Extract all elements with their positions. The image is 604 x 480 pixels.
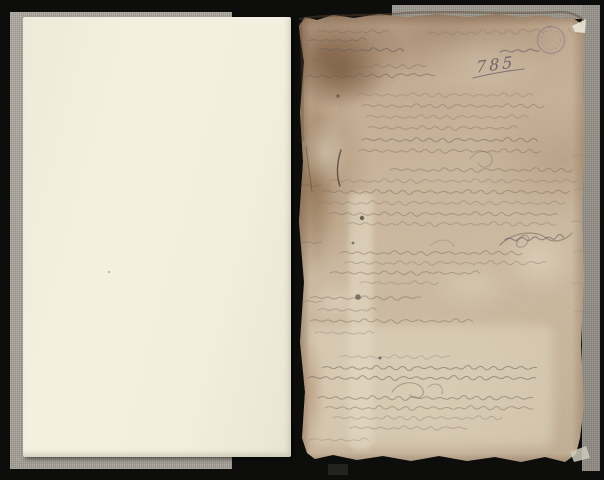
stain-repair-strip bbox=[349, 192, 373, 450]
blank-flyleaf-page bbox=[23, 17, 291, 457]
stain-right-light bbox=[499, 225, 579, 295]
book-scan: 785 bbox=[0, 0, 604, 480]
manuscript-page bbox=[299, 10, 585, 465]
cover-shadow-notch bbox=[328, 464, 348, 475]
stain-paste-panel-light bbox=[309, 325, 553, 447]
stain-left-worn-light bbox=[299, 118, 349, 188]
stain-center-light bbox=[424, 258, 519, 313]
stain-bottom-left-tan bbox=[295, 335, 325, 450]
cloth-cover-right-edge bbox=[582, 5, 600, 471]
page-edge-shading bbox=[299, 10, 585, 465]
stain-left-edge-brown bbox=[295, 88, 335, 273]
stain-mid-left-light bbox=[307, 280, 367, 325]
paper-speck bbox=[108, 271, 110, 273]
stain-top-left-dark bbox=[297, 32, 385, 110]
